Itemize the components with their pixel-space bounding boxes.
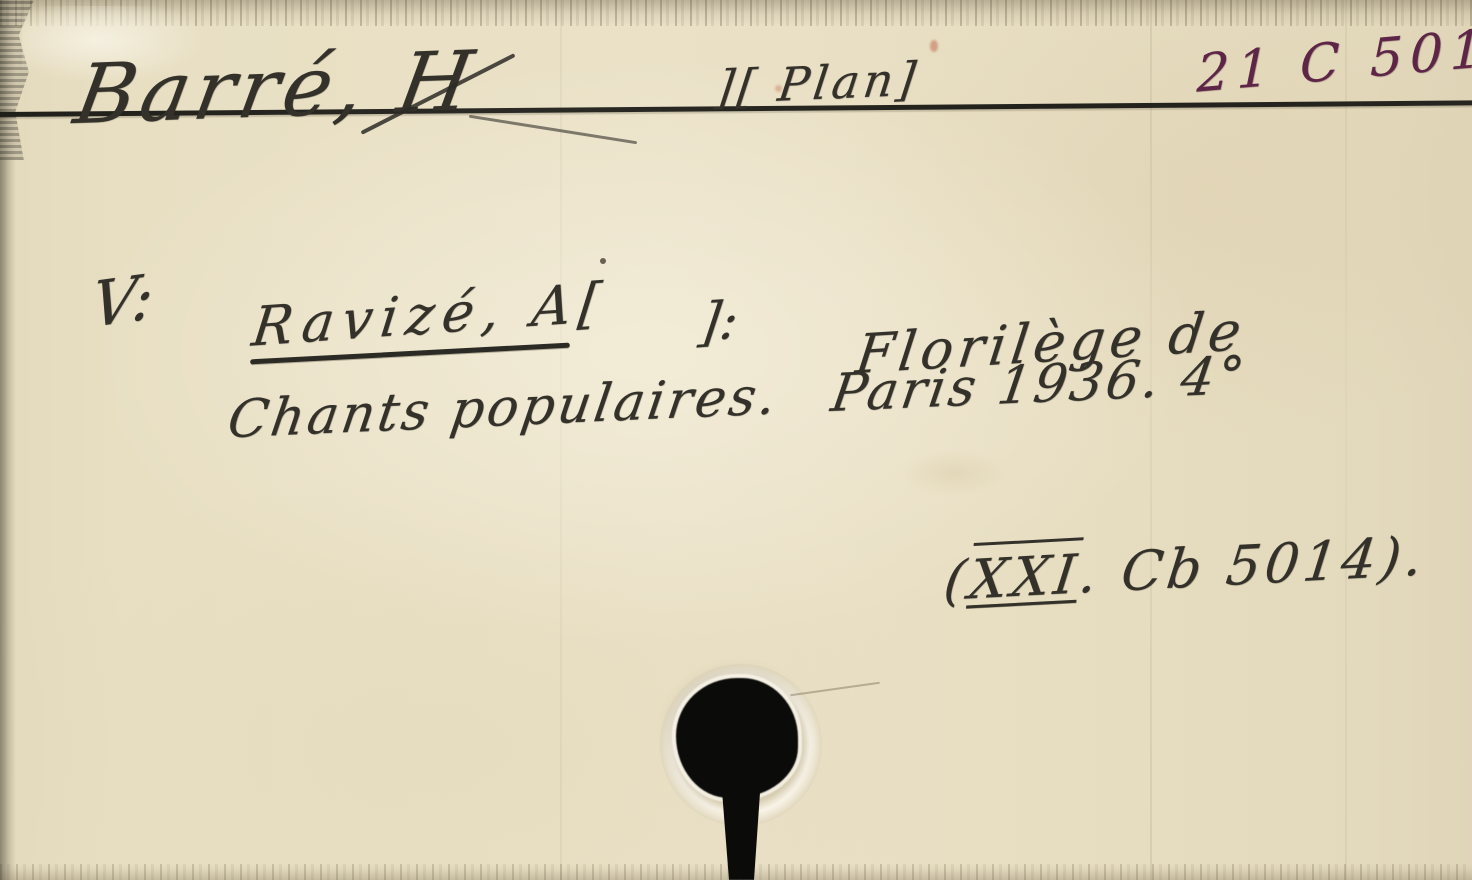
paper-crease: [1150, 0, 1152, 880]
pen-flourish-stroke: [469, 115, 637, 145]
see-reference-marker: V:: [89, 265, 158, 337]
closing-bracket: ]:: [696, 294, 741, 349]
ink-speck: [930, 40, 938, 52]
ink-speck: [600, 258, 606, 264]
catalog-rod: [716, 778, 766, 880]
title-text: Chants populaires.: [224, 366, 783, 450]
catalog-card-scan: Barré, H ][ Plan] 21 C 5014 V: Ravizé, A…: [0, 0, 1472, 880]
paper-stain: [900, 450, 1010, 496]
scan-corner-fabric-texture: [0, 0, 34, 160]
shelfmark-number: . Cb 5014).: [1076, 524, 1430, 606]
call-number: 21 C 5014: [1196, 19, 1472, 100]
scan-top-edge-texture: [0, 0, 1472, 26]
scan-left-edge-shadow: [0, 0, 16, 880]
paper-scratch: [790, 682, 879, 697]
shelfmark: (XXI. Cb 5014).: [941, 529, 1429, 609]
paper-crease: [1345, 0, 1347, 880]
heading-author: Barré, H: [69, 41, 483, 138]
heading-annotation: ][ Plan]: [713, 55, 922, 110]
title-line-2: Chants populaires. Paris 1936. 4°: [225, 350, 1251, 447]
shelfmark-roman-numeral: XXI: [966, 537, 1084, 611]
